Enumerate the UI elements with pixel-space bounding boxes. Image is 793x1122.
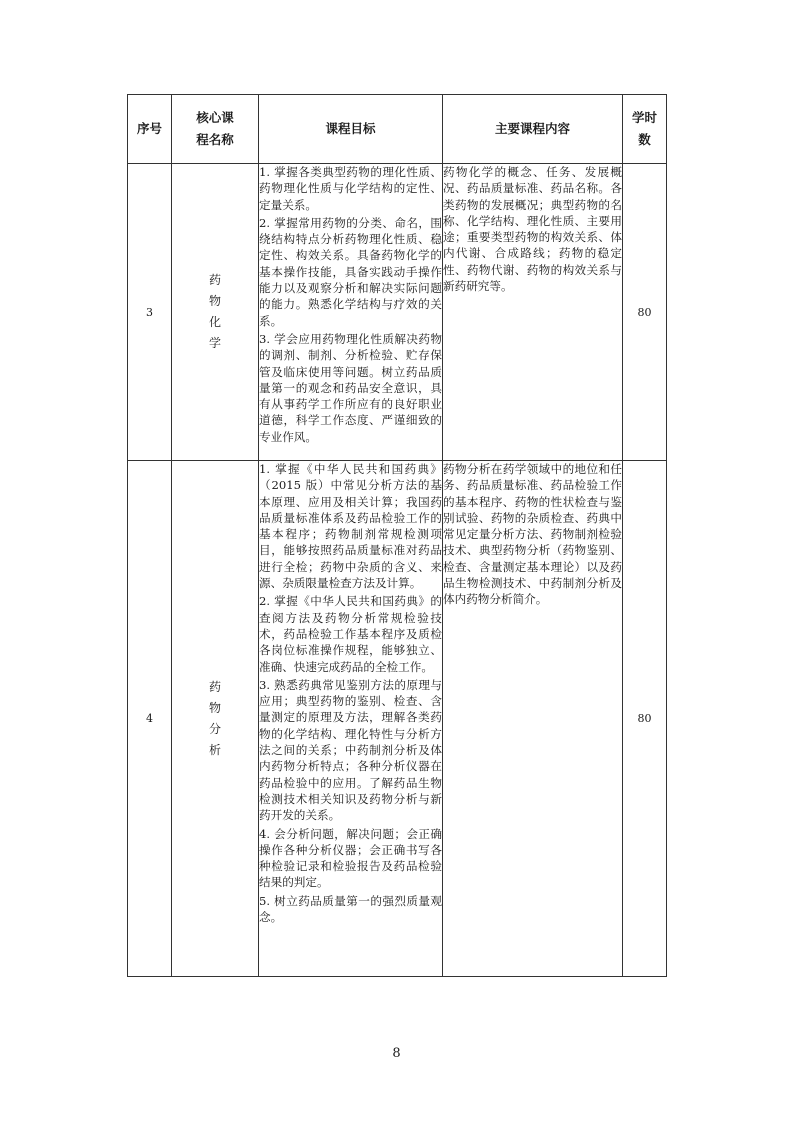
page-number: 8 — [0, 1046, 793, 1061]
course-content: 药物分析在药学领域中的地位和任务、药品质量标准、药品检验工作的基本程序、药物的性… — [443, 461, 623, 977]
course-content: 药物化学的概念、任务、发展概况、药品质量标准、药品名称。各类药物的发展概况；典型… — [443, 164, 623, 461]
header-hours: 学时 数 — [623, 95, 667, 164]
header-course-name: 核心课 程名称 — [172, 95, 259, 164]
header-index: 序号 — [128, 95, 172, 164]
course-hours: 80 — [623, 461, 667, 977]
course-name: 药 物 分 析 — [172, 461, 259, 977]
header-content: 主要课程内容 — [443, 95, 623, 164]
table-header-row: 序号 核心课 程名称 课程目标 主要课程内容 学时 数 — [128, 95, 667, 164]
table-row: 3 药 物 化 学 1. 掌握各类典型药物的理化性质、药物理化性质与化学结构的定… — [128, 164, 667, 461]
document-page: 序号 核心课 程名称 课程目标 主要课程内容 学时 数 3 药 — [0, 0, 793, 1122]
header-goals: 课程目标 — [259, 95, 443, 164]
course-name: 药 物 化 学 — [172, 164, 259, 461]
row-index: 3 — [128, 164, 172, 461]
course-hours: 80 — [623, 164, 667, 461]
table-row: 4 药 物 分 析 1. 掌握《中华人民共和国药典》（2015 版）中常见分析方… — [128, 461, 667, 977]
course-goals: 1. 掌握《中华人民共和国药典》（2015 版）中常见分析方法的基本原理、应用及… — [259, 461, 443, 977]
row-index: 4 — [128, 461, 172, 977]
curriculum-table: 序号 核心课 程名称 课程目标 主要课程内容 学时 数 3 药 — [127, 94, 667, 977]
course-goals: 1. 掌握各类典型药物的理化性质、药物理化性质与化学结构的定性、定量关系。 2.… — [259, 164, 443, 461]
